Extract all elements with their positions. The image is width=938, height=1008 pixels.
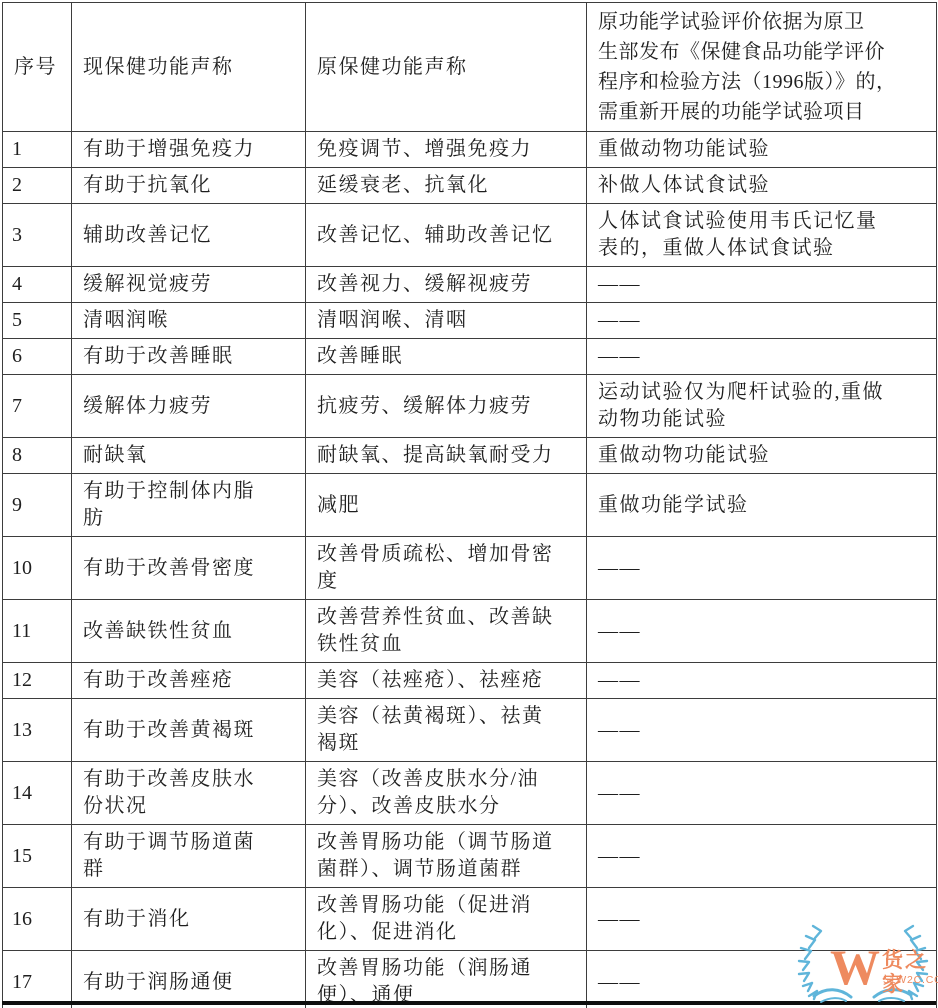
cell-retest: 重做动物功能试验 xyxy=(587,132,937,168)
cell-original-claim: 美容（改善皮肤水分/油 分）、改善皮肤水分 xyxy=(306,762,587,825)
header-no: 序号 xyxy=(3,3,72,132)
cell-no: 8 xyxy=(3,438,72,474)
header-retest-basis: 原功能学试验评价依据为原卫 生部发布《保健食品功能学评价 程序和检验方法（199… xyxy=(587,3,937,132)
cell-no: 3 xyxy=(3,204,72,267)
cell-no: 10 xyxy=(3,537,72,600)
health-function-table: 序号 现保健功能声称 原保健功能声称 原功能学试验评价依据为原卫 生部发布《保健… xyxy=(2,2,937,1008)
cell-no: 12 xyxy=(3,663,72,699)
cell-current-claim: 改善缺铁性贫血 xyxy=(72,600,306,663)
cell-no: 2 xyxy=(3,168,72,204)
cell-retest: —— xyxy=(587,663,937,699)
cell-retest: —— xyxy=(587,699,937,762)
cell-current-claim: 有助于改善骨密度 xyxy=(72,537,306,600)
cell-original-claim: 改善胃肠功能（润肠通 便）、通便 xyxy=(306,951,587,1008)
cell-no: 1 xyxy=(3,132,72,168)
cell-original-claim: 抗疲劳、缓解体力疲劳 xyxy=(306,375,587,438)
cell-retest: 人体试食试验使用韦氏记忆量 表的，重做人体试食试验 xyxy=(587,204,937,267)
cell-no: 15 xyxy=(3,825,72,888)
cell-current-claim: 有助于控制体内脂 肪 xyxy=(72,474,306,537)
table-row: 6有助于改善睡眠改善睡眠—— xyxy=(3,339,937,375)
cell-original-claim: 改善记忆、辅助改善记忆 xyxy=(306,204,587,267)
cell-no: 14 xyxy=(3,762,72,825)
table-row: 9有助于控制体内脂 肪减肥重做功能学试验 xyxy=(3,474,937,537)
brand-site-url: 51W2C.COM xyxy=(883,974,938,986)
cell-original-claim: 改善营养性贫血、改善缺 铁性贫血 xyxy=(306,600,587,663)
cell-original-claim: 延缓衰老、抗氧化 xyxy=(306,168,587,204)
header-row: 序号 现保健功能声称 原保健功能声称 原功能学试验评价依据为原卫 生部发布《保健… xyxy=(3,3,937,132)
cell-current-claim: 有助于改善睡眠 xyxy=(72,339,306,375)
table-row: 11改善缺铁性贫血改善营养性贫血、改善缺 铁性贫血—— xyxy=(3,600,937,663)
cell-retest: —— xyxy=(587,339,937,375)
table-row: 12有助于改善痤疮美容（祛痤疮）、祛痤疮—— xyxy=(3,663,937,699)
cell-retest: 运动试验仅为爬杆试验的,重做 动物功能试验 xyxy=(587,375,937,438)
cell-no: 5 xyxy=(3,303,72,339)
document-page: 序号 现保健功能声称 原保健功能声称 原功能学试验评价依据为原卫 生部发布《保健… xyxy=(0,0,938,1008)
cell-original-claim: 改善胃肠功能（促进消 化）、促进消化 xyxy=(306,888,587,951)
cell-original-claim: 耐缺氧、提高缺氧耐受力 xyxy=(306,438,587,474)
cell-no: 17 xyxy=(3,951,72,1008)
cell-current-claim: 缓解视觉疲劳 xyxy=(72,267,306,303)
cell-retest: —— xyxy=(587,537,937,600)
cell-retest: 补做人体试食试验 xyxy=(587,168,937,204)
cell-current-claim: 耐缺氧 xyxy=(72,438,306,474)
header-current-claim: 现保健功能声称 xyxy=(72,3,306,132)
cell-original-claim: 改善睡眠 xyxy=(306,339,587,375)
watermark-logo: W 货之家 51W2C.COM xyxy=(788,924,938,1008)
table-row: 15有助于调节肠道菌 群改善胃肠功能（调节肠道 菌群）、调节肠道菌群—— xyxy=(3,825,937,888)
table-row: 8耐缺氧耐缺氧、提高缺氧耐受力重做动物功能试验 xyxy=(3,438,937,474)
cell-original-claim: 改善胃肠功能（调节肠道 菌群）、调节肠道菌群 xyxy=(306,825,587,888)
cell-retest: —— xyxy=(587,600,937,663)
table-row: 4缓解视觉疲劳改善视力、缓解视疲劳—— xyxy=(3,267,937,303)
cell-retest: 重做动物功能试验 xyxy=(587,438,937,474)
brand-w-icon: W xyxy=(830,942,880,992)
cell-no: 7 xyxy=(3,375,72,438)
cell-original-claim: 免疫调节、增强免疫力 xyxy=(306,132,587,168)
table-body: 1有助于增强免疫力免疫调节、增强免疫力重做动物功能试验2有助于抗氧化延缓衰老、抗… xyxy=(3,132,937,1008)
cell-no: 13 xyxy=(3,699,72,762)
cell-current-claim: 有助于改善黄褐斑 xyxy=(72,699,306,762)
cell-current-claim: 有助于抗氧化 xyxy=(72,168,306,204)
cell-retest: —— xyxy=(587,762,937,825)
cell-current-claim: 辅助改善记忆 xyxy=(72,204,306,267)
cell-current-claim: 有助于润肠通便 xyxy=(72,951,306,1008)
cell-no: 11 xyxy=(3,600,72,663)
cell-original-claim: 改善视力、缓解视疲劳 xyxy=(306,267,587,303)
cell-original-claim: 美容（祛黄褐斑）、祛黄 褐斑 xyxy=(306,699,587,762)
cell-no: 4 xyxy=(3,267,72,303)
table-row: 7缓解体力疲劳抗疲劳、缓解体力疲劳运动试验仅为爬杆试验的,重做 动物功能试验 xyxy=(3,375,937,438)
cell-current-claim: 有助于改善痤疮 xyxy=(72,663,306,699)
cell-current-claim: 有助于增强免疫力 xyxy=(72,132,306,168)
table-row: 1有助于增强免疫力免疫调节、增强免疫力重做动物功能试验 xyxy=(3,132,937,168)
cell-original-claim: 改善骨质疏松、增加骨密 度 xyxy=(306,537,587,600)
table-row: 14有助于改善皮肤水 份状况美容（改善皮肤水分/油 分）、改善皮肤水分—— xyxy=(3,762,937,825)
cell-current-claim: 清咽润喉 xyxy=(72,303,306,339)
table-row: 2有助于抗氧化延缓衰老、抗氧化补做人体试食试验 xyxy=(3,168,937,204)
cell-retest: —— xyxy=(587,267,937,303)
cell-retest: —— xyxy=(587,825,937,888)
cell-no: 6 xyxy=(3,339,72,375)
cell-no: 16 xyxy=(3,888,72,951)
cell-original-claim: 清咽润喉、清咽 xyxy=(306,303,587,339)
header-original-claim: 原保健功能声称 xyxy=(306,3,587,132)
cell-original-claim: 减肥 xyxy=(306,474,587,537)
table-row: 10有助于改善骨密度改善骨质疏松、增加骨密 度—— xyxy=(3,537,937,600)
cell-current-claim: 缓解体力疲劳 xyxy=(72,375,306,438)
brand-name: 货之家 xyxy=(882,948,938,996)
table-row: 13有助于改善黄褐斑美容（祛黄褐斑）、祛黄 褐斑—— xyxy=(3,699,937,762)
table-row: 5清咽润喉清咽润喉、清咽—— xyxy=(3,303,937,339)
cell-current-claim: 有助于调节肠道菌 群 xyxy=(72,825,306,888)
cell-original-claim: 美容（祛痤疮）、祛痤疮 xyxy=(306,663,587,699)
cell-retest: 重做功能学试验 xyxy=(587,474,937,537)
cell-current-claim: 有助于消化 xyxy=(72,888,306,951)
table-row: 3辅助改善记忆改善记忆、辅助改善记忆人体试食试验使用韦氏记忆量 表的，重做人体试… xyxy=(3,204,937,267)
cell-retest: —— xyxy=(587,303,937,339)
cell-no: 9 xyxy=(3,474,72,537)
cell-current-claim: 有助于改善皮肤水 份状况 xyxy=(72,762,306,825)
